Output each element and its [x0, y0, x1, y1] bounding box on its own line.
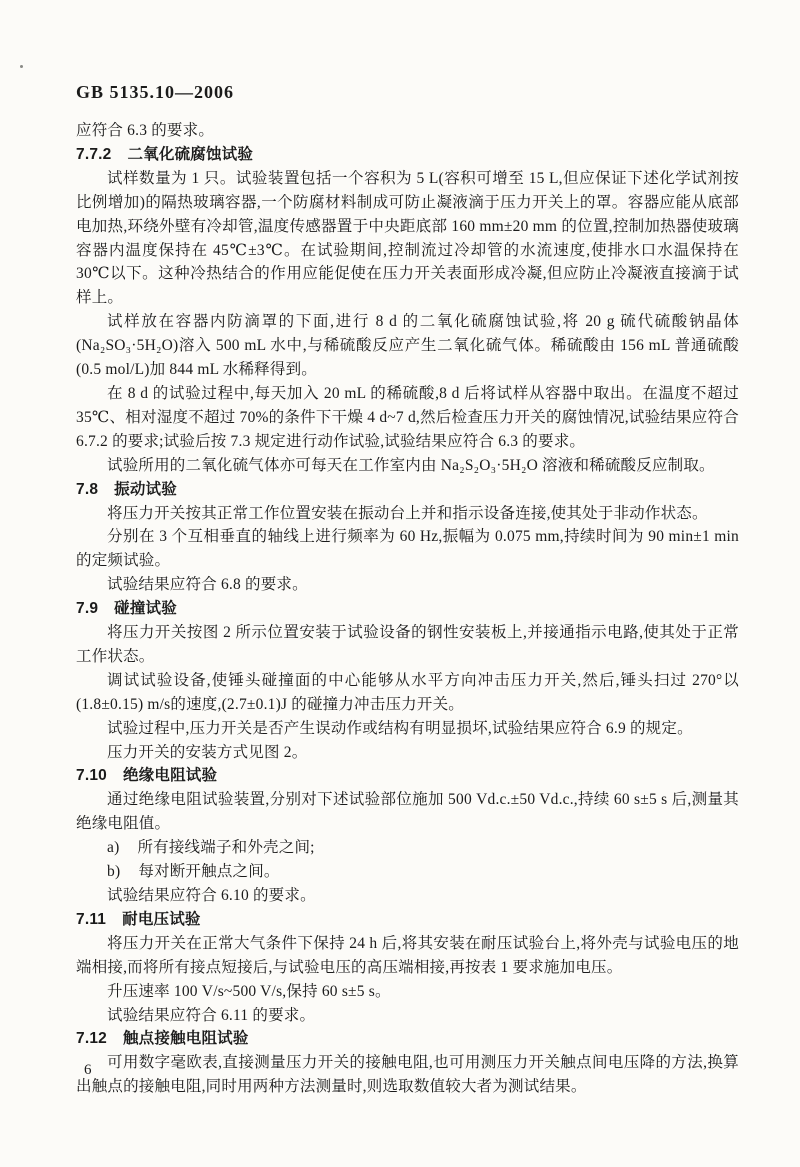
section-heading-7-11: 7.11耐电压试验 — [76, 908, 739, 932]
paragraph: 通过绝缘电阻试验装置,分别对下述试验部位施加 500 Vd.c.±50 Vd.c… — [76, 788, 739, 836]
paragraph: 压力开关的安装方式见图 2。 — [76, 741, 739, 765]
paragraph: 试验结果应符合 6.8 的要求。 — [76, 573, 739, 597]
section-number: 7.12 — [76, 1030, 107, 1047]
page-number: 6 — [84, 1062, 92, 1079]
section-number: 7.7.2 — [76, 146, 111, 163]
paragraph-continuation: 应符合 6.3 的要求。 — [76, 119, 739, 143]
list-item-label: b) — [107, 863, 120, 880]
section-heading-7-10: 7.10绝缘电阻试验 — [76, 764, 739, 788]
standard-number: GB 5135.10—2006 — [76, 82, 234, 103]
document-page: GB 5135.10—2006 应符合 6.3 的要求。 7.7.2二氧化硫腐蚀… — [0, 0, 800, 1167]
list-item-b: b)每对断开触点之间。 — [76, 860, 739, 884]
paragraph: 试验结果应符合 6.11 的要求。 — [76, 1004, 739, 1028]
section-title: 振动试验 — [114, 481, 177, 498]
list-item-text: 所有接线端子和外壳之间; — [137, 839, 314, 856]
paragraph: 试样数量为 1 只。试验装置包括一个容积为 5 L(容积可增至 15 L,但应保… — [76, 167, 739, 310]
section-title: 绝缘电阻试验 — [123, 767, 217, 784]
section-title: 触点接触电阻试验 — [123, 1030, 249, 1047]
section-heading-7-12: 7.12触点接触电阻试验 — [76, 1027, 739, 1051]
paragraph: 可用数字毫欧表,直接测量压力开关的接触电阻,也可用测压力开关触点间电压降的方法,… — [76, 1051, 739, 1099]
section-title: 碰撞试验 — [114, 600, 177, 617]
section-number: 7.11 — [76, 911, 106, 928]
paragraph: 试样放在容器内防滴罩的下面,进行 8 d 的二氧化硫腐蚀试验,将 20 g 硫代… — [76, 310, 739, 382]
paragraph: 将压力开关按其正常工作位置安装在振动台上并和指示设备连接,使其处于非动作状态。 — [76, 502, 739, 526]
section-number: 7.10 — [76, 767, 107, 784]
list-item-label: a) — [107, 839, 119, 856]
paragraph: 试验所用的二氧化硫气体亦可每天在工作室内由 Na₂S₂O₃·5H₂O 溶液和稀硫… — [76, 454, 739, 478]
section-title: 耐电压试验 — [122, 911, 201, 928]
paragraph: 分别在 3 个互相垂直的轴线上进行频率为 60 Hz,振幅为 0.075 mm,… — [76, 525, 739, 573]
paragraph: 将压力开关在正常大气条件下保持 24 h 后,将其安装在耐压试验台上,将外壳与试… — [76, 932, 739, 980]
paragraph: 试验过程中,压力开关是否产生误动作或结构有明显损坏,试验结果应符合 6.9 的规… — [76, 717, 739, 741]
paragraph: 升压速率 100 V/s~500 V/s,保持 60 s±5 s。 — [76, 980, 739, 1004]
paragraph: 试验结果应符合 6.10 的要求。 — [76, 884, 739, 908]
section-title: 二氧化硫腐蚀试验 — [127, 146, 253, 163]
section-number: 7.9 — [76, 600, 98, 617]
paragraph: 在 8 d 的试验过程中,每天加入 20 mL 的稀硫酸,8 d 后将试样从容器… — [76, 382, 739, 454]
section-heading-7-8: 7.8振动试验 — [76, 478, 739, 502]
section-heading-7-9: 7.9碰撞试验 — [76, 597, 739, 621]
section-number: 7.8 — [76, 481, 98, 498]
section-heading-7-7-2: 7.7.2二氧化硫腐蚀试验 — [76, 143, 739, 167]
list-item-text: 每对断开触点之间。 — [138, 863, 279, 880]
scan-speck — [20, 65, 23, 68]
list-item-a: a)所有接线端子和外壳之间; — [76, 836, 739, 860]
document-body: 应符合 6.3 的要求。 7.7.2二氧化硫腐蚀试验 试样数量为 1 只。试验装… — [76, 119, 739, 1099]
paragraph: 调试试验设备,使锤头碰撞面的中心能够从水平方向冲击压力开关,然后,锤头扫过 27… — [76, 669, 739, 717]
paragraph: 将压力开关按图 2 所示位置安装于试验设备的钢性安装板上,并接通指示电路,使其处… — [76, 621, 739, 669]
